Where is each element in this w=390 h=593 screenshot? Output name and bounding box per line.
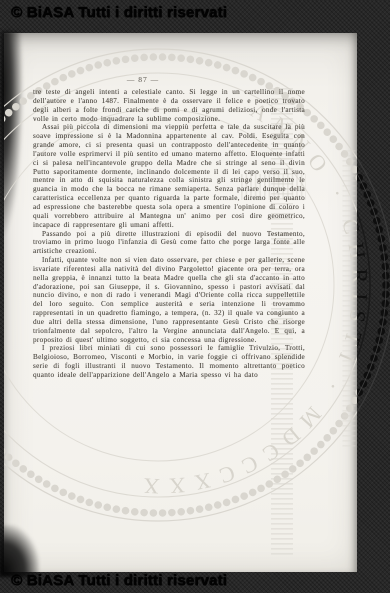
page-text-block: — 87 — tre teste di angeli intenti a cel… <box>4 33 357 572</box>
body-paragraph: Assai più piccola di dimensioni ma viepp… <box>33 123 305 229</box>
copyright-watermark-top: © BiASA Tutti i diritti riservati <box>11 4 227 21</box>
body-paragraph: tre teste di angeli intenti a celestiale… <box>33 88 305 123</box>
page-number-header: — 87 — <box>7 75 279 84</box>
body-paragraph: I preziosi libri miniati di cui sono pos… <box>33 344 305 379</box>
body-paragraph: Infatti, quante volte non si vien dato o… <box>33 256 305 344</box>
scan-viewer: © BiASA Tutti i diritti riservati ANNO ·… <box>0 0 390 593</box>
body-paragraph: Passando poi a più dirette illustrazioni… <box>33 230 305 257</box>
copyright-watermark-bottom: © BiASA Tutti i diritti riservati <box>11 572 227 589</box>
